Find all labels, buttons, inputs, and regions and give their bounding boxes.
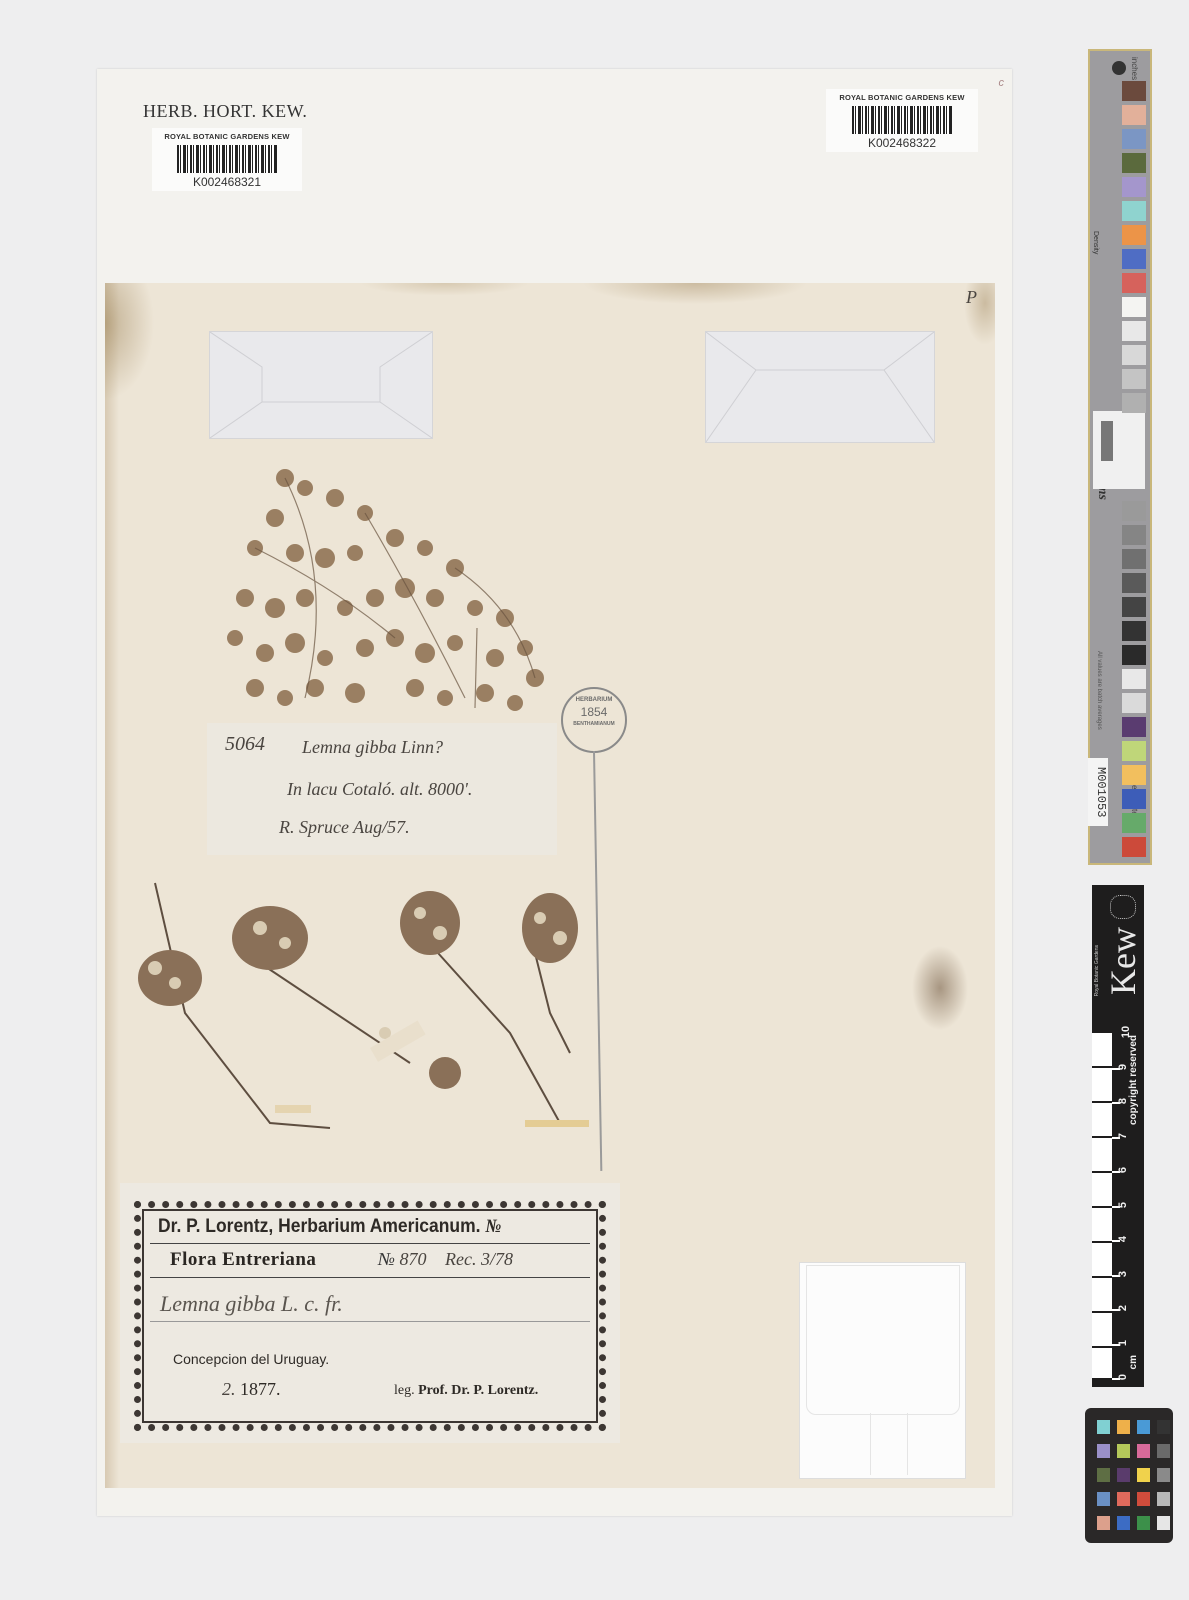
color-swatch bbox=[1122, 321, 1146, 341]
cm-tick-label: 4 bbox=[1117, 1236, 1129, 1242]
registration-dot-icon bbox=[1112, 61, 1126, 75]
color-swatch bbox=[1122, 837, 1146, 857]
checker-swatch bbox=[1117, 1516, 1130, 1530]
color-swatch bbox=[1122, 273, 1146, 293]
plant-specimen-icon bbox=[130, 873, 590, 1143]
density-label: Density bbox=[1092, 231, 1099, 254]
checker-swatch bbox=[1097, 1516, 1110, 1530]
pocket-tab bbox=[870, 1413, 908, 1475]
label-title: Dr. P. Lorentz, Herbarium Americanum. № bbox=[158, 1216, 501, 1238]
checker-swatch bbox=[1097, 1468, 1110, 1482]
locality-text: In lacu Cotaló. alt. 8000'. bbox=[287, 779, 472, 800]
color-swatch bbox=[1122, 645, 1146, 665]
cm-tick-label: 6 bbox=[1117, 1167, 1129, 1173]
barcode-label-right: ROYAL BOTANIC GARDENS KEW K002468322 bbox=[826, 89, 978, 152]
color-swatch bbox=[1122, 345, 1146, 365]
collector-name: Prof. Dr. P. Lorentz. bbox=[418, 1383, 538, 1398]
color-swatch bbox=[1122, 789, 1146, 809]
color-swatch bbox=[1122, 549, 1146, 569]
color-swatch bbox=[1122, 297, 1146, 317]
inches-label: inches bbox=[1130, 57, 1139, 80]
rule-line bbox=[150, 1277, 590, 1278]
flora-number-sign: № bbox=[378, 1249, 395, 1269]
flora-number-value: 870 bbox=[399, 1249, 426, 1269]
color-swatch bbox=[1122, 249, 1146, 269]
color-density-chart: Density Don Williams All values are batc… bbox=[1088, 49, 1152, 865]
kew-logo-sub: Royal Botanic Gardens bbox=[1094, 945, 1100, 996]
checker-swatch bbox=[1157, 1492, 1170, 1506]
plant-specimen-upper bbox=[215, 458, 565, 728]
checker-swatch bbox=[1137, 1492, 1150, 1506]
color-swatch bbox=[1122, 813, 1146, 833]
color-swatch bbox=[1122, 621, 1146, 641]
color-swatch bbox=[1122, 177, 1146, 197]
envelope-fold-icon bbox=[706, 332, 934, 442]
cm-tick-label: 0 bbox=[1117, 1374, 1129, 1380]
cm-tick-label: 3 bbox=[1117, 1270, 1129, 1276]
barcode-institution: ROYAL BOTANIC GARDENS KEW bbox=[160, 132, 294, 141]
color-swatch bbox=[1122, 669, 1146, 689]
collection-number: 5064 bbox=[225, 733, 265, 756]
kew-logo: Kew bbox=[1102, 927, 1144, 995]
collector: leg. Prof. Dr. P. Lorentz. bbox=[394, 1383, 538, 1399]
checker-swatch bbox=[1117, 1444, 1130, 1458]
kew-scale-bar: Kew Royal Botanic Gardens 012345678910 c… bbox=[1092, 885, 1144, 1387]
checker-swatch bbox=[1157, 1516, 1170, 1530]
color-swatch bbox=[1122, 369, 1146, 389]
checker-swatch bbox=[1137, 1468, 1150, 1482]
locality: Concepcion del Uruguay. bbox=[173, 1351, 329, 1367]
date-year: 1877. bbox=[240, 1379, 281, 1399]
pencil-line bbox=[593, 751, 602, 1171]
color-swatch bbox=[1122, 525, 1146, 545]
copyright-text: copyright reserved bbox=[1128, 1035, 1139, 1125]
corner-mark: c bbox=[999, 77, 1005, 89]
cm-tick-label: 2 bbox=[1117, 1305, 1129, 1311]
chart-footnote: All values are batch averages bbox=[1096, 651, 1102, 730]
barcode-label-left: ROYAL BOTANIC GARDENS KEW K002468321 bbox=[152, 128, 302, 191]
barcode-icon bbox=[177, 145, 277, 173]
color-swatch bbox=[1122, 81, 1146, 101]
handwritten-collection-label: 5064 Lemna gibba Linn? In lacu Cotaló. a… bbox=[207, 723, 557, 855]
barcode-number: K002468322 bbox=[834, 136, 970, 150]
label-title-text: Dr. P. Lorentz, Herbarium Americanum. bbox=[158, 1216, 481, 1237]
fragment-envelope-right[interactable] bbox=[705, 331, 935, 443]
cm-unit-label: cm bbox=[1128, 1355, 1139, 1369]
color-swatch bbox=[1122, 105, 1146, 125]
plant-specimens-lower bbox=[130, 873, 590, 1143]
flora-title: Flora Entreriana bbox=[170, 1249, 316, 1271]
color-swatch bbox=[1122, 573, 1146, 593]
chart-tag: M001053 bbox=[1088, 758, 1108, 826]
color-swatch bbox=[1122, 129, 1146, 149]
barcode-number: K002468321 bbox=[160, 175, 294, 189]
checker-swatch bbox=[1137, 1420, 1150, 1434]
flora-number: № 870 Rec. 3/78 bbox=[378, 1249, 513, 1270]
collector-prefix: leg. bbox=[394, 1383, 415, 1398]
barcode-institution: ROYAL BOTANIC GARDENS KEW bbox=[834, 93, 970, 102]
envelope-fold-icon bbox=[210, 332, 432, 438]
herbarium-stamp: HERBARIUM 1854 BENTHAMIANUM bbox=[561, 687, 627, 753]
stamp-top-text: HERBARIUM bbox=[563, 697, 625, 703]
checker-swatch bbox=[1157, 1468, 1170, 1482]
color-swatch bbox=[1122, 153, 1146, 173]
stamp-year: 1854 bbox=[563, 705, 625, 719]
plant-specimen-icon bbox=[215, 458, 565, 728]
royal-crest-icon bbox=[1110, 895, 1136, 919]
cm-tick-label: 5 bbox=[1117, 1201, 1129, 1207]
color-checker-card bbox=[1085, 1408, 1173, 1543]
cm-tick-label: 7 bbox=[1117, 1132, 1129, 1138]
color-swatch bbox=[1122, 393, 1146, 413]
grey-wedge bbox=[1101, 421, 1113, 461]
received-annotation: Rec. 3/78 bbox=[445, 1249, 513, 1269]
species-name: Lemna gibba L. c. fr. bbox=[160, 1291, 343, 1317]
color-swatch bbox=[1122, 741, 1146, 761]
color-swatch bbox=[1122, 717, 1146, 737]
sheet-corner-mark: P bbox=[966, 287, 977, 308]
collector-date-text: R. Spruce Aug/57. bbox=[279, 817, 410, 838]
color-swatch bbox=[1122, 501, 1146, 521]
collection-date: 2. 1877. bbox=[222, 1379, 281, 1400]
cm-scale-bars bbox=[1092, 1033, 1112, 1378]
checker-swatch bbox=[1137, 1516, 1150, 1530]
grey-target-card bbox=[1093, 411, 1145, 489]
determination-text: Lemna gibba Linn? bbox=[302, 737, 443, 758]
herbarium-header-title: HERB. HORT. KEW. bbox=[143, 101, 307, 122]
lorentz-printed-label: Dr. P. Lorentz, Herbarium Americanum. № … bbox=[120, 1183, 620, 1443]
date-handwritten: 2. bbox=[222, 1379, 236, 1399]
barcode-icon bbox=[852, 106, 952, 134]
checker-swatch bbox=[1097, 1492, 1110, 1506]
fragment-pocket[interactable] bbox=[799, 1262, 966, 1479]
pocket-flap bbox=[806, 1265, 960, 1415]
label-number-sign: № bbox=[485, 1216, 501, 1237]
color-swatch bbox=[1122, 693, 1146, 713]
checker-swatch bbox=[1117, 1468, 1130, 1482]
checker-swatch bbox=[1157, 1444, 1170, 1458]
checker-swatch bbox=[1097, 1420, 1110, 1434]
checker-swatch bbox=[1097, 1444, 1110, 1458]
cm-tick-label: 1 bbox=[1117, 1339, 1129, 1345]
checker-swatch bbox=[1117, 1420, 1130, 1434]
rule-line bbox=[150, 1321, 590, 1322]
checker-swatch bbox=[1117, 1492, 1130, 1506]
color-swatch bbox=[1122, 225, 1146, 245]
checker-swatch bbox=[1137, 1444, 1150, 1458]
stamp-bottom-text: BENTHAMIANUM bbox=[563, 721, 625, 727]
rule-line bbox=[150, 1243, 590, 1244]
checker-swatch bbox=[1157, 1420, 1170, 1434]
color-swatch bbox=[1122, 201, 1146, 221]
color-swatch bbox=[1122, 597, 1146, 617]
fragment-envelope-left[interactable] bbox=[209, 331, 433, 439]
color-swatch bbox=[1122, 765, 1146, 785]
